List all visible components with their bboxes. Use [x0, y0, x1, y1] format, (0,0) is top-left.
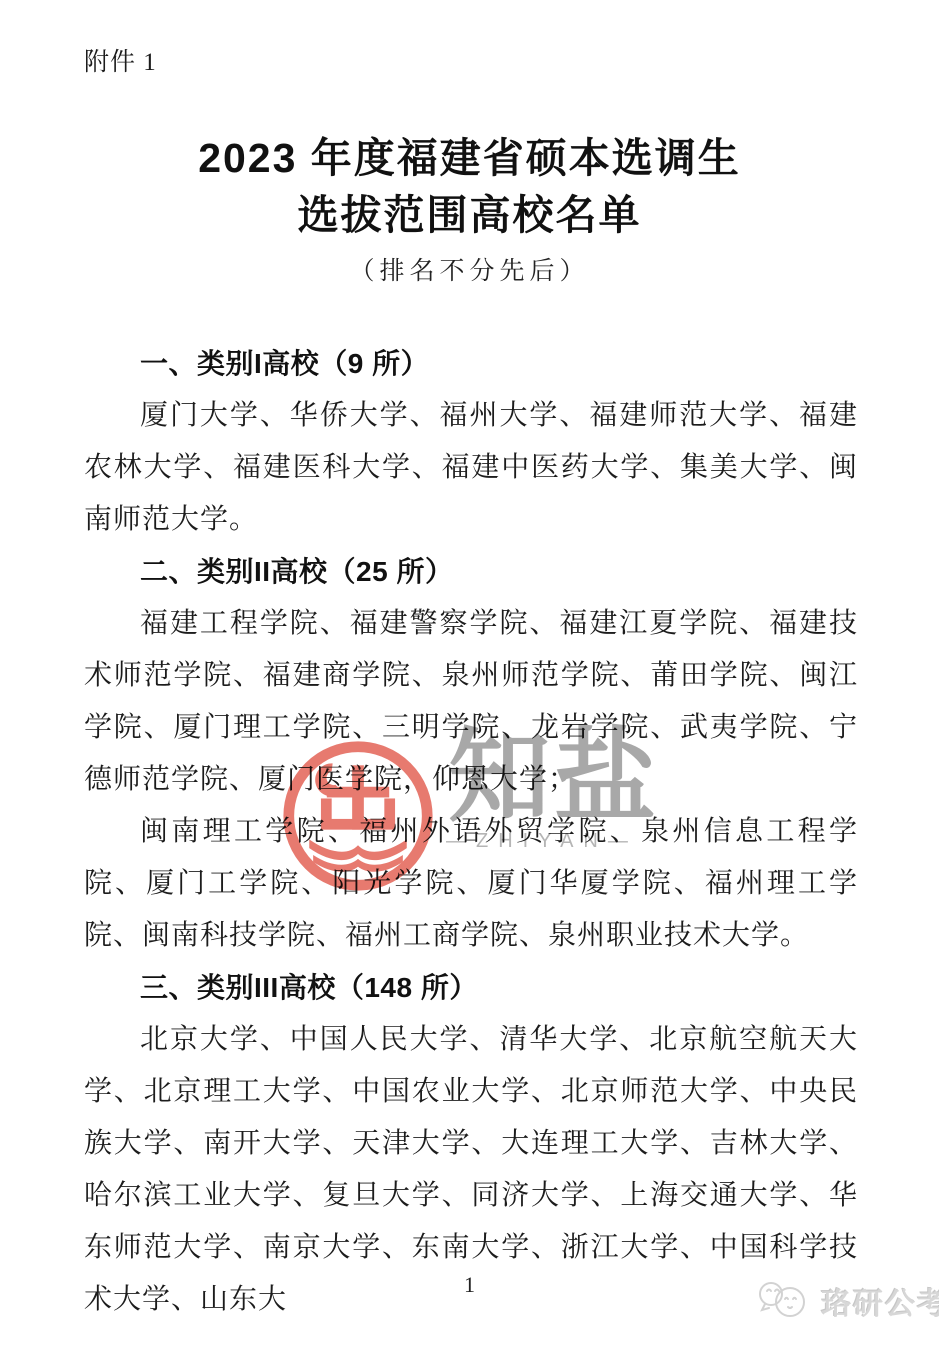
title-line-2: 选拔范围高校名单 [0, 187, 939, 244]
document-subtitle: （排名不分先后） [0, 251, 939, 287]
title-line-1: 2023 年度福建省硕本选调生 [0, 130, 939, 187]
document-page: 附件 1 2023 年度福建省硕本选调生 选拔范围高校名单 （排名不分先后） 一… [0, 0, 939, 1349]
annex-label: 附件 1 [84, 42, 157, 78]
page-number: 1 [0, 1272, 939, 1298]
section-1-heading: 一、类别I高校（9 所） [84, 338, 858, 390]
section-2-heading: 二、类别II高校（25 所） [84, 546, 858, 598]
section-1-paragraph: 厦门大学、华侨大学、福州大学、福建师范大学、福建农林大学、福建医科大学、福建中医… [84, 390, 858, 546]
document-body: 一、类别I高校（9 所） 厦门大学、华侨大学、福州大学、福建师范大学、福建农林大… [84, 338, 858, 1326]
section-2-paragraph-1: 福建工程学院、福建警察学院、福建江夏学院、福建技术师范学院、福建商学院、泉州师范… [84, 598, 858, 806]
document-title: 2023 年度福建省硕本选调生 选拔范围高校名单 [0, 130, 939, 244]
section-2-paragraph-2: 闽南理工学院、福州外语外贸学院、泉州信息工程学院、厦门工学院、阳光学院、厦门华厦… [84, 806, 858, 962]
section-3-heading: 三、类别III高校（148 所） [84, 962, 858, 1014]
